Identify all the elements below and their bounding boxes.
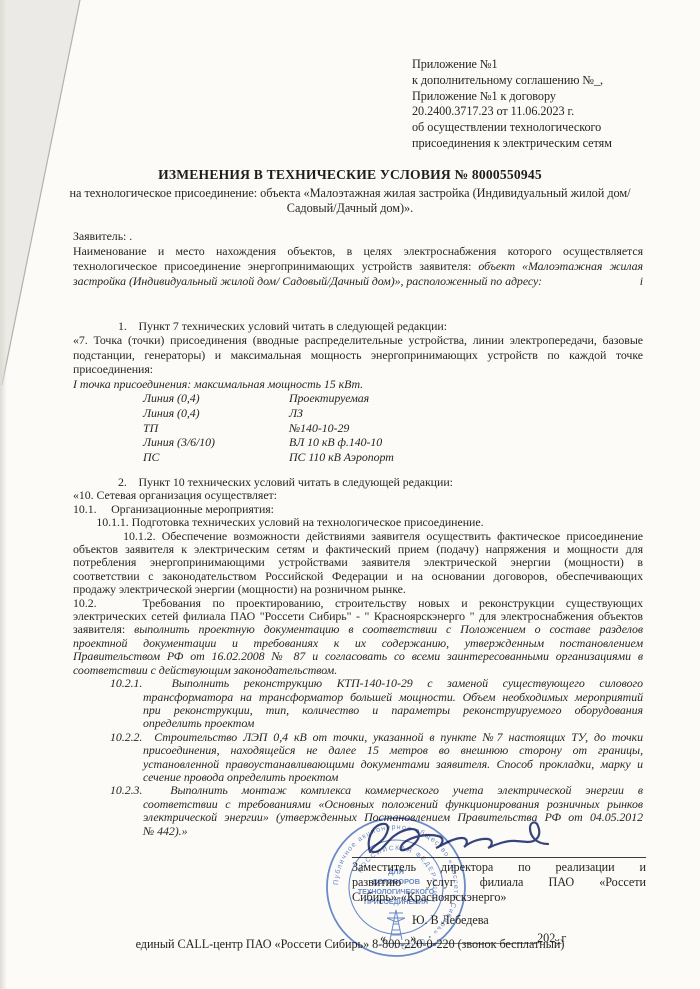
applicant-line: Заявитель: . [73, 229, 643, 244]
text-line: соответствии с требованиями «Основных по… [143, 798, 643, 811]
c1-text: Линия (0,4) [143, 391, 289, 406]
section-2-heading: 2. Пункт 10 технических условий читать в… [73, 476, 643, 489]
object-location-paragraph: Наименование и место нахождения объектов… [73, 244, 643, 289]
plain-text: 10.2. Требования по проектированию, стро… [73, 596, 643, 610]
text-line: 10.2.3. Выполнить монтаж комплекса комме… [110, 784, 643, 797]
text-line: Приложение №1 [412, 57, 612, 73]
text-line: застройка (Индивидуальный жилой дом/ Сад… [73, 274, 643, 289]
clause-10-2-2: 10.2.2. Строительство ЛЭП 0,4 кВ от точк… [73, 731, 643, 785]
text-line: 10.2.2. Строительство ЛЭП 0,4 кВ от точк… [110, 731, 643, 744]
text-line: продажу электрической энергии (мощности)… [73, 583, 643, 596]
text-line: проектной документации и требованиях к и… [73, 637, 643, 650]
text-line: Линия (0,4)ЛЗ [143, 406, 643, 421]
stamp-center-line: ДОГОВОРОВ [372, 877, 421, 886]
section-item-7: 1. Пункт 7 технических условий читать в … [73, 319, 643, 465]
title-block: ИЗМЕНЕНИЯ В ТЕХНИЧЕСКИЕ УСЛОВИЯ № 800055… [20, 167, 680, 216]
text-line: сечение провода определить проектом [143, 771, 643, 784]
text-line: 20.2400.3717.23 от 11.06.2023 г. [412, 104, 612, 120]
text-line: присоединения к электрическим сетям [412, 136, 612, 152]
text-line: объектов заявителя к электрическим сетям… [73, 543, 643, 556]
text-line: подстанции, генераторы) и максимальная м… [73, 348, 643, 362]
it-text: выполнить проектную документацию в соотв… [134, 622, 643, 636]
document-page: Приложение №1к дополнительному соглашени… [0, 0, 700, 989]
clause-10-intro: «10. Сетевая организация осуществляет:10… [73, 489, 643, 529]
stamp-center-line: ДЛЯ [388, 867, 404, 876]
stamp-center-line: ПРИСОЕДИНЕНИЯ [364, 899, 428, 906]
text-line: Линия (0,4)Проектируемая [143, 391, 643, 406]
it-text: соответствии с действующим законодательс… [73, 663, 337, 677]
c2-text: ВЛ 10 кВ ф.140-10 [289, 435, 382, 449]
c1-text: Линия (0,4) [143, 406, 289, 421]
c2-text: ЛЗ [289, 406, 303, 420]
text-line: технологическое присоединение энергоприн… [73, 259, 643, 274]
text-line: Наименование и место нахождения объектов… [73, 244, 643, 259]
plain-text: электрических сетей филиала ПАО "Россети… [73, 609, 643, 623]
applicant-section: Заявитель: . Наименование и место нахожд… [73, 229, 643, 289]
section-item-10: 2. Пункт 10 технических условий читать в… [73, 476, 643, 838]
clause-10-1-2: 10.1.2. Обеспечение возможности действия… [73, 530, 643, 597]
c2-text: №140-10-29 [289, 421, 349, 435]
text-line: определить проектом [143, 717, 643, 730]
text-line: 10.2.1. Выполнить реконструкцию КТП-140-… [110, 677, 643, 690]
text-line: присоединения, находящейся не далее 15 м… [143, 744, 643, 757]
document-title: ИЗМЕНЕНИЯ В ТЕХНИЧЕСКИЕ УСЛОВИЯ № 800055… [20, 167, 680, 183]
document-subtitle: на технологическое присоединение: объект… [20, 186, 680, 216]
text-line: при реконструкции, тип, количество и пар… [143, 704, 643, 717]
c2-text: Проектируемая [289, 391, 369, 405]
c1-text: ТП [143, 421, 289, 436]
it-text: застройка (Индивидуальный жилой дом/ Сад… [73, 274, 542, 288]
connection-table: Линия (0,4)ПроектируемаяЛиния (0,4)ЛЗТП№… [73, 391, 643, 465]
text-line: «10. Сетевая организация осуществляет: [73, 489, 643, 502]
text-line: электрических сетей филиала ПАО "Россети… [73, 610, 643, 623]
it-text: проектной документации и требованиях к и… [73, 636, 643, 650]
text-line: установленной правоустанавливающими доку… [143, 758, 643, 771]
text-line: потребления энергопринимающими устройств… [73, 556, 643, 569]
c2-text: ПС 110 кВ Аэропорт [289, 450, 394, 464]
text-line: Линия (3/6/10)ВЛ 10 кВ ф.140-10 [143, 435, 643, 450]
text-line: «7. Точка (точки) присоединения (вводные… [73, 333, 643, 347]
transmission-tower-icon [387, 910, 405, 940]
c1-text: ПС [143, 450, 289, 465]
plain-text: заявителя: [73, 622, 134, 636]
text-line: 10.2. Требования по проектированию, стро… [73, 597, 643, 610]
scan-left-edge-shadow [0, 0, 7, 989]
text-line: соответствии с действующим законодательс… [73, 664, 643, 677]
c1-text: Линия (3/6/10) [143, 435, 289, 450]
clause-10-2-1: 10.2.1. Выполнить реконструкцию КТП-140-… [73, 677, 643, 731]
text-line: Правительством РФ от 16.02.2008 № 87 и с… [73, 650, 643, 663]
clause-10-2: 10.2. Требования по проектированию, стро… [73, 597, 643, 677]
text-line: к дополнительному соглашению №_, [412, 73, 612, 89]
text-line: трансформатора на трансформатор большей … [143, 691, 643, 704]
text-line: соответствии с законодательством Российс… [73, 570, 643, 583]
text-line: заявителя: выполнить проектную документа… [73, 623, 643, 636]
plain-text: Наименование и место нахождения объектов… [73, 244, 643, 258]
stamp-ring-text: Публичное акционерное общество «Россети … [333, 824, 459, 950]
text-line: ПСПС 110 кВ Аэропорт [143, 450, 643, 465]
text-line: Садовый/Дачный дом)». [20, 201, 680, 216]
it-text: объект «Малоэтажная жилая [478, 259, 643, 273]
tail-text: i [640, 274, 643, 289]
appendix-reference-block: Приложение №1к дополнительному соглашени… [412, 57, 612, 152]
text-line: Приложение №1 к договору [412, 89, 612, 105]
text-line: 10.1.2. Обеспечение возможности действия… [73, 530, 643, 543]
text-line: 10.1.1. Подготовка технических условий н… [73, 516, 643, 529]
section-1-heading: 1. Пункт 7 технических условий читать в … [73, 319, 643, 333]
text-line: присоединения: [73, 362, 643, 376]
text-line: ТП№140-10-29 [143, 421, 643, 436]
plain-text: технологическое присоединение энергоприн… [73, 259, 478, 273]
text-line: на технологическое присоединение: объект… [20, 186, 680, 201]
stamp-center-line: ТЕХНОЛОГИЧЕСКОГО [358, 889, 435, 896]
connection-point-line: I точка присоединения: максимальная мощн… [73, 377, 643, 391]
point-7-paragraph: «7. Точка (точки) присоединения (вводные… [73, 333, 643, 376]
round-stamp: Публичное акционерное общество «Россети … [321, 812, 471, 962]
text-line: об осуществлении технологического [412, 120, 612, 136]
text-line: 10.1. Организационные мероприятия: [73, 503, 643, 516]
it-text: Правительством РФ от 16.02.2008 № 87 и с… [73, 649, 643, 663]
